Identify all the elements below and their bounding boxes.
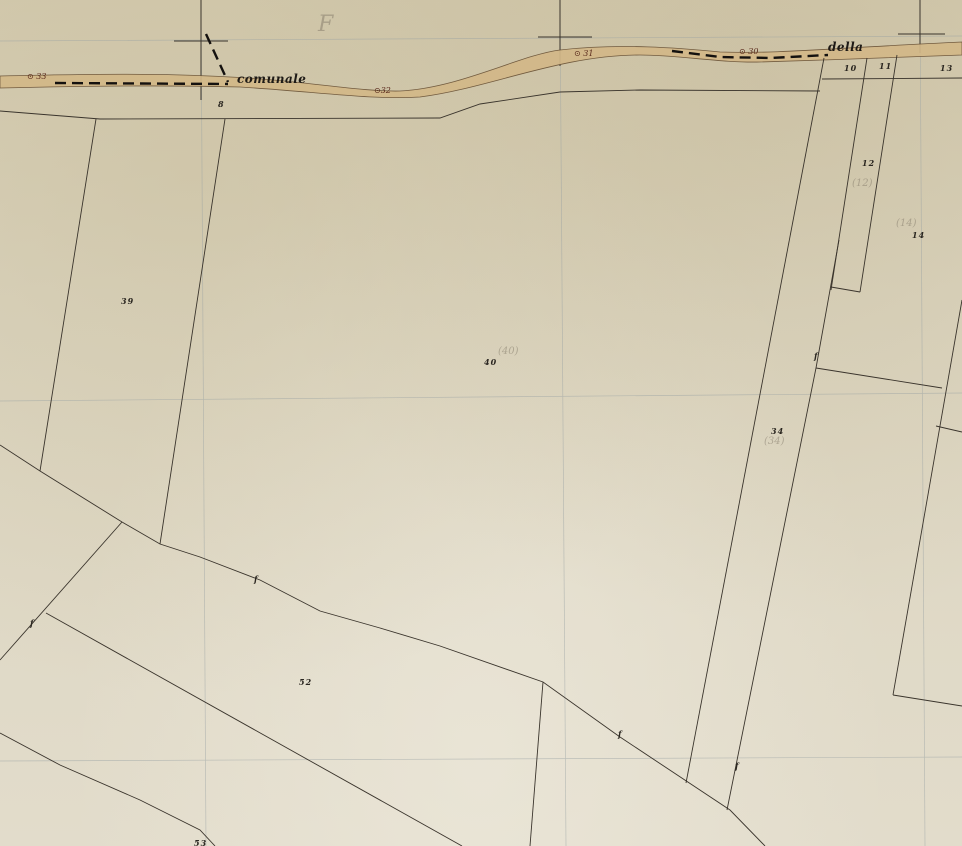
road-label-della: della xyxy=(828,40,863,54)
map-linework xyxy=(0,0,962,846)
survey-point-33: ⊙ 33 xyxy=(27,72,46,81)
cadastral-map[interactable]: comunale della ⊙ 33 ⊙32 ⊙ 31 ⊙ 30 8 10 1… xyxy=(0,0,962,846)
parcel-39[interactable]: 39 xyxy=(121,296,134,306)
parcel-52[interactable]: 52 xyxy=(299,677,312,687)
boundary-mark: f xyxy=(254,574,258,584)
boundary-mark: f xyxy=(30,618,34,628)
pencil-note-f: F xyxy=(318,12,333,37)
survey-point-number: 30 xyxy=(748,47,758,56)
boundary-mark: f xyxy=(735,761,739,771)
parcel-14[interactable]: 14 xyxy=(912,230,925,240)
parcel-13[interactable]: 13 xyxy=(940,63,953,73)
survey-grid xyxy=(0,0,962,846)
survey-point-32: ⊙32 xyxy=(374,86,391,95)
survey-point-number: 32 xyxy=(381,86,391,95)
survey-point-31: ⊙ 31 xyxy=(574,49,593,58)
pencil-note-14: (14) xyxy=(896,218,917,229)
survey-point-icon: ⊙ xyxy=(27,72,34,81)
pencil-note-34: (34) xyxy=(764,436,785,447)
parcel-10[interactable]: 10 xyxy=(844,63,857,73)
survey-point-icon: ⊙ xyxy=(374,86,381,95)
survey-point-number: 33 xyxy=(36,72,46,81)
survey-point-number: 31 xyxy=(583,49,593,58)
parcel-boundaries xyxy=(0,55,962,846)
parcel-8[interactable]: 8 xyxy=(218,99,225,109)
boundary-mark: f xyxy=(814,351,818,361)
parcel-11[interactable]: 11 xyxy=(879,61,892,71)
parcel-40[interactable]: 40 xyxy=(484,357,497,367)
parcel-53[interactable]: 53 xyxy=(194,838,207,846)
pencil-note-40: (40) xyxy=(498,346,519,357)
survey-point-icon: ⊙ xyxy=(574,49,581,58)
pencil-note-12: (12) xyxy=(852,178,873,189)
survey-point-icon: ⊙ xyxy=(739,47,746,56)
road-label-comunale: comunale xyxy=(237,72,306,86)
parcel-12[interactable]: 12 xyxy=(862,158,875,168)
boundary-mark: f xyxy=(618,729,622,739)
survey-point-30: ⊙ 30 xyxy=(739,47,758,56)
parcel-34[interactable]: 34 xyxy=(771,426,784,436)
